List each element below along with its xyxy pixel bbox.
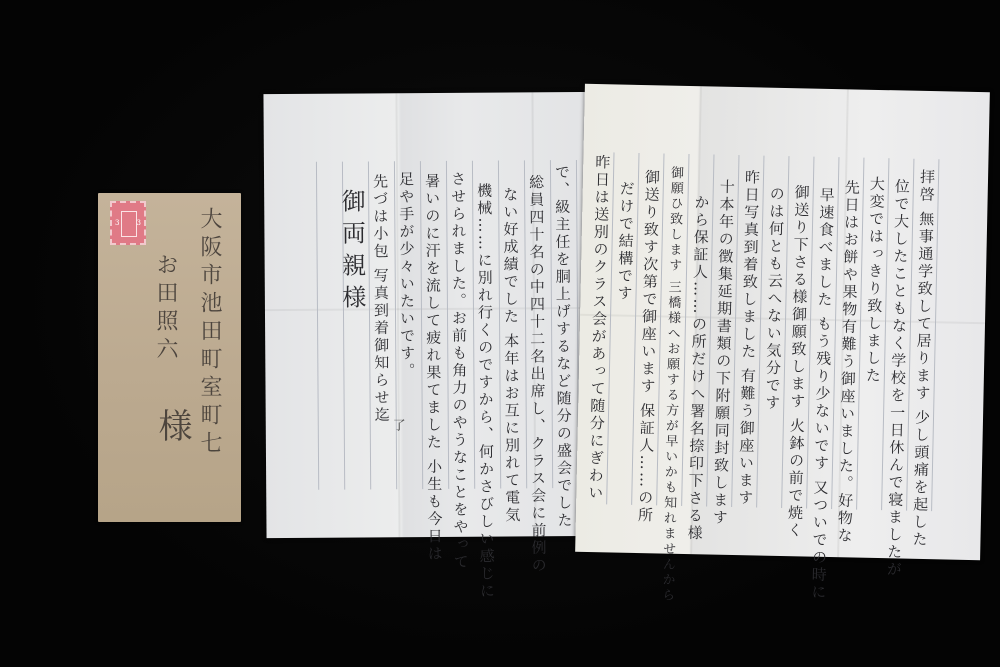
letter-column: 位で大したこともなく学校を一日休んで寝ましたが (886, 178, 909, 578)
letter-column: 御送り下さる様御願致します 火鉢の前で焼く (786, 184, 808, 539)
letter-column: させられました。お前も角力のやうなことをやって (450, 171, 468, 571)
letter-column: 十本年の徴集延期書類の下附願同封致します (712, 179, 734, 527)
letter-column: のは何とも云へない気分です (764, 186, 784, 412)
envelope-address-line: 大阪市池田町室町七 (194, 207, 225, 459)
letter-column: で、級主任を胴上げするなど随分の盛会でした (554, 164, 572, 530)
rule-line (316, 162, 319, 490)
letter-column: ない好成績でした 本年はお互に別れて電気 (502, 186, 519, 524)
stamp-emblem-icon (121, 211, 137, 237)
letter-sheet-left: で、級主任を胴上げするなど随分の盛会でした 総員四十名の中四十二名出席し、クラス… (263, 92, 601, 538)
letter-sheet-right: 拝啓 無事通学致して居ります 少し頭痛を起した 位で大したこともなく学校を一日休… (575, 84, 990, 560)
letter-column: 大変ではっきり致しました (865, 176, 884, 385)
envelope-honorific: 様 (148, 408, 197, 448)
letter-column: 御願ひ致します 三橋様へお願する方が早いかも知れませんから (660, 166, 682, 604)
letter-column: から保証人……の所だけへ署名捺印下さる様 (686, 194, 708, 542)
letter-column: 昨日は送別のクラス会があって随分にぎわい (587, 154, 609, 502)
letter-salutation: 御両親様 (339, 188, 364, 316)
envelope: 3 3 大阪市池田町室町七 お田照六 様 (98, 193, 241, 522)
letter-column: だけで結構です (616, 181, 634, 303)
stamp-value-left: 3 (115, 219, 119, 227)
letter-column: 足や手が少々いたいです。 (398, 171, 414, 380)
letter-column: 御送り致す次第で御座います 保証人……の所 (637, 169, 659, 524)
letter-column: 早速食べました もう残り少ないです 又ついでの時に (810, 187, 834, 602)
letter-column: 先づは小包 写真到着御知らせ迄 (372, 173, 389, 424)
postage-stamp: 3 3 (110, 201, 146, 245)
stamp-value-right: 3 (137, 219, 141, 227)
letter-column: 総員四十名の中四十二名出席し、クラス会に前例の (528, 174, 546, 574)
envelope-recipient-name: お田照六 (150, 253, 181, 365)
letter-column: 機械……に別れ行くのですから、何かさびしい感じに (476, 183, 494, 601)
letter-column: 暑いのに汗を流して疲れ果てました 小生も今日は (424, 173, 442, 563)
page-mark: 了 (388, 418, 407, 431)
letter-column: 昨日写真到着致しました 有難う御座います (737, 169, 759, 507)
